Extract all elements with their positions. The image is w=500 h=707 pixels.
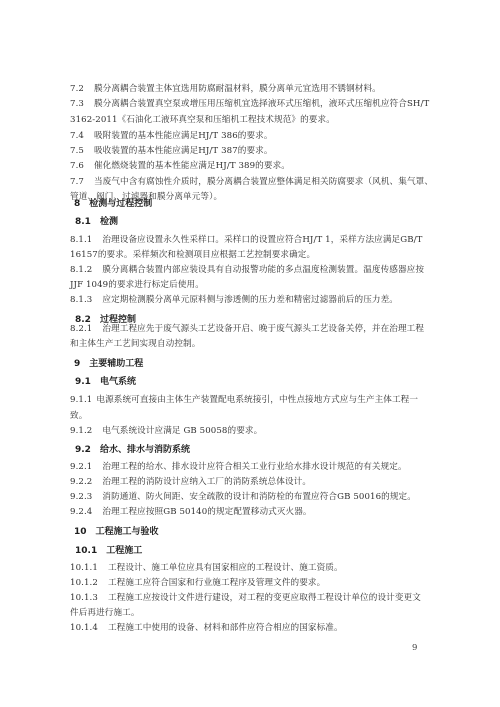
section-heading: 8检测与过程控制 xyxy=(74,198,152,210)
clause-number: 7.2 xyxy=(70,84,84,95)
clause-line: 10.1.4工程施工中使用的设备、材料和部件应符合相应的国家标准。 xyxy=(70,623,343,634)
clause-number: 10.1 xyxy=(75,545,97,557)
clause-number: 9 xyxy=(74,358,80,370)
clause-number: 10.1.2 xyxy=(70,578,98,589)
clause-text: JJF 1049的要求进行标定后使用。 xyxy=(70,280,204,290)
clause-number: 10.1.3 xyxy=(70,593,98,604)
clause-text: 电源系统可直接由主体生产装置配电系统接引，中性点接地方式应与生产主体工程一 xyxy=(96,395,418,405)
clause-line: 7.7当废气中含有腐蚀性介质时，膜分离耦合装置应整体满足相关防腐要求（风机、集气… xyxy=(70,177,433,188)
clause-text: 膜分离耦合装置真空泵或增压用压缩机宜选择液环式压缩机，液环式压缩机应符合SH/T xyxy=(94,99,429,109)
clause-number: 9.2.2 xyxy=(70,477,92,488)
clause-number: 8.1.2 xyxy=(70,265,92,276)
clause-number: 10.1.1 xyxy=(70,563,98,574)
clause-line: 8.1.2膜分离耦合装置内部应装设具有自动报警功能的多点温度检测装置。温度传感器… xyxy=(70,265,424,276)
clause-line: 10.1.2工程施工应符合国家和行业施工程序及管理文件的要求。 xyxy=(70,578,325,589)
clause-number: 9.2.1 xyxy=(70,462,92,473)
subsection-heading: 9.1电气系统 xyxy=(75,376,136,388)
clause-text: 吸收装置的基本性能应满足HJ/T 387的要求。 xyxy=(94,146,273,156)
clause-text: 工程施工应按设计文件进行建设，对工程的变更应取得工程设计单位的设计变更文 xyxy=(108,593,421,603)
clause-text: 工程施工中使用的设备、材料和部件应符合相应的国家标准。 xyxy=(108,623,343,633)
clause-text: 3162-2011《石油化工液环真空泵和压缩机工程技术规范》的要求。 xyxy=(70,115,335,125)
clause-line: 9.2.4治理工程应按照GB 50140的规定配置移动式灭火器。 xyxy=(70,507,312,518)
clause-text: 工程施工 xyxy=(106,546,142,556)
paragraph-continuation: JJF 1049的要求进行标定后使用。 xyxy=(70,280,204,291)
clause-number: 8 xyxy=(74,198,80,210)
clause-text: 检测与过程控制 xyxy=(89,199,152,209)
clause-number: 9.2 xyxy=(75,444,91,456)
paragraph-continuation: 致。 xyxy=(70,411,87,422)
clause-text: 膜分离耦合装置主体宜选用防腐耐温材料，膜分离单元宜选用不锈钢材料。 xyxy=(94,84,381,94)
clause-number: 10 xyxy=(74,526,87,538)
clause-text: 电气系统 xyxy=(100,377,136,387)
clause-text: 给水、排水与消防系统 xyxy=(100,445,190,455)
clause-number: 9.2.4 xyxy=(70,507,92,518)
clause-number: 7.7 xyxy=(70,177,84,188)
clause-number: 9.1.1 xyxy=(70,395,92,406)
clause-number: 9.1 xyxy=(75,376,91,388)
clause-line: 9.1.1电源系统可直接由主体生产装置配电系统接引，中性点接地方式应与生产主体工… xyxy=(70,395,418,406)
clause-number: 10.1.4 xyxy=(70,623,98,634)
clause-text: 工程施工应符合国家和行业施工程序及管理文件的要求。 xyxy=(108,578,325,588)
clause-text: 治理工程的给水、排水设计应符合相关工业行业给水排水设计规范的有关规定。 xyxy=(102,462,406,472)
clause-line: 7.2膜分离耦合装置主体宜选用防腐耐温材料，膜分离单元宜选用不锈钢材料。 xyxy=(70,84,381,95)
clause-number: 7.4 xyxy=(70,131,84,142)
clause-number: 7.3 xyxy=(70,99,84,110)
paragraph-continuation: 3162-2011《石油化工液环真空泵和压缩机工程技术规范》的要求。 xyxy=(70,115,335,126)
clause-text: 应定期检测膜分离单元原料侧与渗透侧的压力差和精密过滤器前后的压力差。 xyxy=(102,295,398,305)
clause-text: 16157的要求。采样频次和检测项目应根据工艺控制要求确定。 xyxy=(70,250,315,260)
subsection-heading: 10.1工程施工 xyxy=(75,545,142,557)
clause-text: 治理设备应设置永久性采样口。采样口的设置应符合HJ/T 1，采样方法应满足GB/… xyxy=(102,235,422,245)
paragraph-continuation: 16157的要求。采样频次和检测项目应根据工艺控制要求确定。 xyxy=(70,250,315,261)
page-number: 9 xyxy=(412,643,417,653)
clause-number: 8.1 xyxy=(75,216,91,228)
clause-number: 8.2.1 xyxy=(70,324,92,335)
subsection-heading: 8.1检测 xyxy=(75,216,118,228)
clause-text: 治理工程的消防设计应纳入工厂的消防系统总体设计。 xyxy=(102,477,311,487)
clause-number: 8.1.1 xyxy=(70,235,92,246)
clause-line: 7.5吸收装置的基本性能应满足HJ/T 387的要求。 xyxy=(70,146,273,157)
clause-line: 9.1.2电气系统设计应满足 GB 50058的要求。 xyxy=(70,426,262,437)
clause-number: 9.2.3 xyxy=(70,492,92,503)
clause-text: 工程施工与验收 xyxy=(96,527,159,537)
clause-text: 和主体生产工艺间实现自动控制。 xyxy=(70,339,200,349)
paragraph-continuation: 件后再进行施工。 xyxy=(70,608,140,619)
clause-text: 当废气中含有腐蚀性介质时，膜分离耦合装置应整体满足相关防腐要求（风机、集气罩、 xyxy=(94,177,433,187)
clause-line: 9.2.2治理工程的消防设计应纳入工厂的消防系统总体设计。 xyxy=(70,477,311,488)
clause-text: 吸附装置的基本性能应满足HJ/T 386的要求。 xyxy=(94,131,273,141)
clause-text: 治理工程应按照GB 50140的规定配置移动式灭火器。 xyxy=(102,507,311,517)
clause-text: 检测 xyxy=(100,217,118,227)
subsection-heading: 9.2给水、排水与消防系统 xyxy=(75,444,190,456)
clause-text: 主要辅助工程 xyxy=(89,359,143,369)
clause-text: 治理工程应先于废气源头工艺设备开启、晚于废气源头工艺设备关停，并在治理工程 xyxy=(102,324,424,334)
section-heading: 9主要辅助工程 xyxy=(74,358,143,370)
clause-number: 8.1.3 xyxy=(70,295,92,306)
section-heading: 10工程施工与验收 xyxy=(74,526,159,538)
clause-text: 致。 xyxy=(70,411,87,421)
clause-line: 8.1.1治理设备应设置永久性采样口。采样口的设置应符合HJ/T 1，采样方法应… xyxy=(70,235,422,246)
clause-line: 7.6催化燃烧装置的基本性能应满足HJ/T 389的要求。 xyxy=(70,161,290,172)
clause-text: 工程设计、施工单位应具有国家相应的工程设计、施工资质。 xyxy=(108,563,343,573)
clause-line: 9.2.1治理工程的给水、排水设计应符合相关工业行业给水排水设计规范的有关规定。 xyxy=(70,462,407,473)
clause-line: 8.1.3应定期检测膜分离单元原料侧与渗透侧的压力差和精密过滤器前后的压力差。 xyxy=(70,295,398,306)
clause-number: 7.6 xyxy=(70,161,84,172)
clause-line: 10.1.3工程施工应按设计文件进行建设，对工程的变更应取得工程设计单位的设计变… xyxy=(70,593,421,604)
clause-text: 件后再进行施工。 xyxy=(70,608,140,618)
paragraph-continuation: 和主体生产工艺间实现自动控制。 xyxy=(70,339,200,350)
clause-text: 电气系统设计应满足 GB 50058的要求。 xyxy=(102,426,262,436)
clause-text: 消防通道、防火间距、安全疏散的设计和消防栓的布置应符合GB 50016的规定。 xyxy=(102,492,416,502)
clause-line: 8.2.1治理工程应先于废气源头工艺设备开启、晚于废气源头工艺设备关停，并在治理… xyxy=(70,324,424,335)
clause-number: 7.5 xyxy=(70,146,84,157)
clause-line: 10.1.1工程设计、施工单位应具有国家相应的工程设计、施工资质。 xyxy=(70,563,343,574)
clause-line: 7.4吸附装置的基本性能应满足HJ/T 386的要求。 xyxy=(70,131,273,142)
clause-number: 9.1.2 xyxy=(70,426,92,437)
clause-text: 膜分离耦合装置内部应装设具有自动报警功能的多点温度检测装置。温度传感器应按 xyxy=(102,265,424,275)
clause-text: 催化燃烧装置的基本性能应满足HJ/T 389的要求。 xyxy=(94,161,290,171)
clause-line: 7.3膜分离耦合装置真空泵或增压用压缩机宜选择液环式压缩机，液环式压缩机应符合S… xyxy=(70,99,429,110)
clause-line: 9.2.3消防通道、防火间距、安全疏散的设计和消防栓的布置应符合GB 50016… xyxy=(70,492,416,503)
